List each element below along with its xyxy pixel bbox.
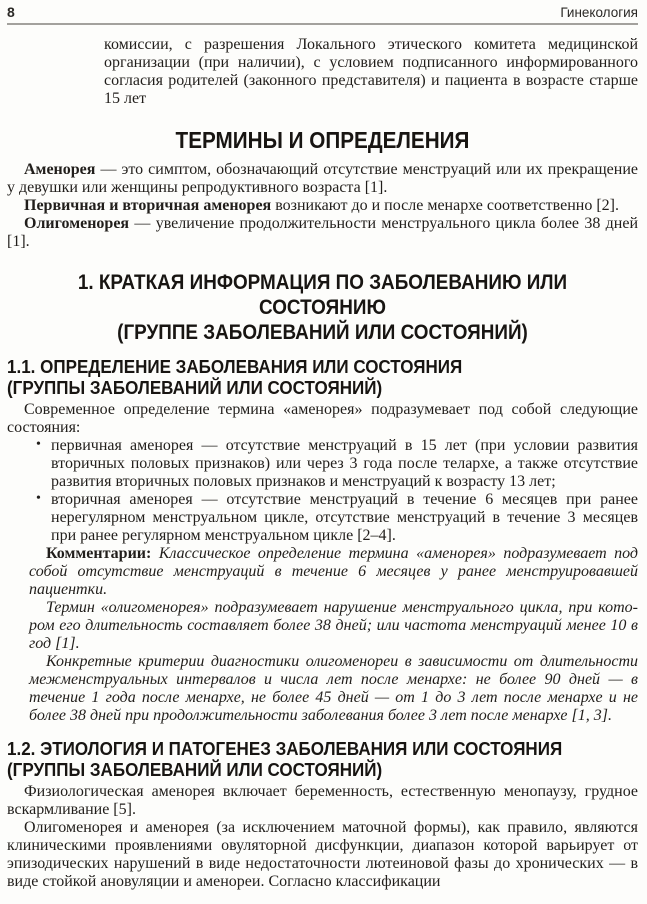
page-content: комиссии, с разрешения Локального этичес… (7, 36, 638, 891)
list-item-primary-amenorrhea: первичная аменорея — отсутствие менструа… (7, 437, 638, 491)
term-primary-secondary-amenorrhea: Первичная и вторичная аменорея (24, 197, 271, 214)
page-number: 8 (7, 4, 15, 20)
definition-oligomenorrhea: Олигоменорея — увеличение продолжительно… (7, 215, 638, 251)
section-1-2-heading-line-1: 1.2. ЭТИОЛОГИЯ И ПАТОГЕНЕЗ ЗАБОЛЕВАНИЯ И… (7, 738, 588, 759)
etiology-paragraph-physiological: Физиологическая аменорея включает береме… (7, 783, 638, 819)
section-1-heading-line-1: 1. КРАТКАЯ ИНФОРМАЦИЯ ПО ЗАБОЛЕВАНИЮ ИЛИ… (39, 270, 607, 320)
terms-and-definitions-heading: ТЕРМИНЫ И ОПРЕДЕЛЕНИЯ (39, 126, 607, 154)
section-1-1-heading: 1.1. ОПРЕДЕЛЕНИЕ ЗАБОЛЕВАНИЯ ИЛИ СОСТОЯН… (7, 356, 588, 398)
running-header: 8 Гинекология (7, 4, 638, 20)
comment-paragraph: Комментарии: Классическое определение те… (29, 545, 638, 599)
comments-block: Комментарии: Классическое определение те… (29, 545, 638, 725)
comment-paragraph: Термин «олигоменорея» подразумевает нару… (29, 599, 638, 653)
section-1-2-heading: 1.2. ЭТИОЛОГИЯ И ПАТОГЕНЕЗ ЗАБОЛЕВАНИЯ И… (7, 738, 588, 780)
section-1-1-heading-line-2: (ГРУППЫ ЗАБОЛЕВАНИЙ ИЛИ СОСТОЯНИЙ) (7, 377, 588, 398)
document-page: 8 Гинекология комиссии, с разрешения Лок… (0, 0, 647, 904)
header-rule (7, 23, 638, 25)
running-title: Гинекология (560, 5, 638, 20)
section-1-1-heading-line-1: 1.1. ОПРЕДЕЛЕНИЕ ЗАБОЛЕВАНИЯ ИЛИ СОСТОЯН… (7, 356, 588, 377)
definition-amenorrhea: Аменорея — это симптом, обозначающий отс… (7, 161, 638, 197)
term-oligomenorrhea: Олигоменорея (24, 215, 129, 232)
section-1-heading-line-2: (ГРУППЕ ЗАБОЛЕВАНИЙ ИЛИ СОСТОЯНИЙ) (39, 320, 607, 345)
definition-text: — это симптом, обозначающий отсутствие м… (7, 161, 638, 196)
definition-primary-secondary-amenorrhea: Первичная и вторичная аменорея возникают… (7, 197, 638, 215)
etiology-paragraph-oligomenorrhea: Олигоменорея и аменорея (за исключением … (7, 819, 638, 891)
term-amenorrhea: Аменорея (24, 161, 95, 178)
section-1-heading: 1. КРАТКАЯ ИНФОРМАЦИЯ ПО ЗАБОЛЕВАНИЮ ИЛИ… (39, 270, 607, 345)
intro-continuation-paragraph: комиссии, с разрешения Локального этичес… (104, 36, 638, 108)
section-1-2-heading-line-2: (ГРУППЫ ЗАБОЛЕВАНИЙ ИЛИ СОСТОЯНИЙ) (7, 759, 588, 780)
section-1-1-lead-paragraph: Современное определение термина «аменоре… (7, 401, 638, 437)
list-item-secondary-amenorrhea: вторичная аменорея — отсутствие менструа… (7, 491, 638, 545)
comments-label: Комментарии: (46, 545, 151, 562)
comment-paragraph: Конкретные критерии диагностики олигомен… (29, 653, 638, 725)
amenorrhea-types-list: первичная аменорея — отсутствие менструа… (7, 437, 638, 545)
definition-text: возникают до и после менархе соответ­ств… (271, 197, 619, 214)
